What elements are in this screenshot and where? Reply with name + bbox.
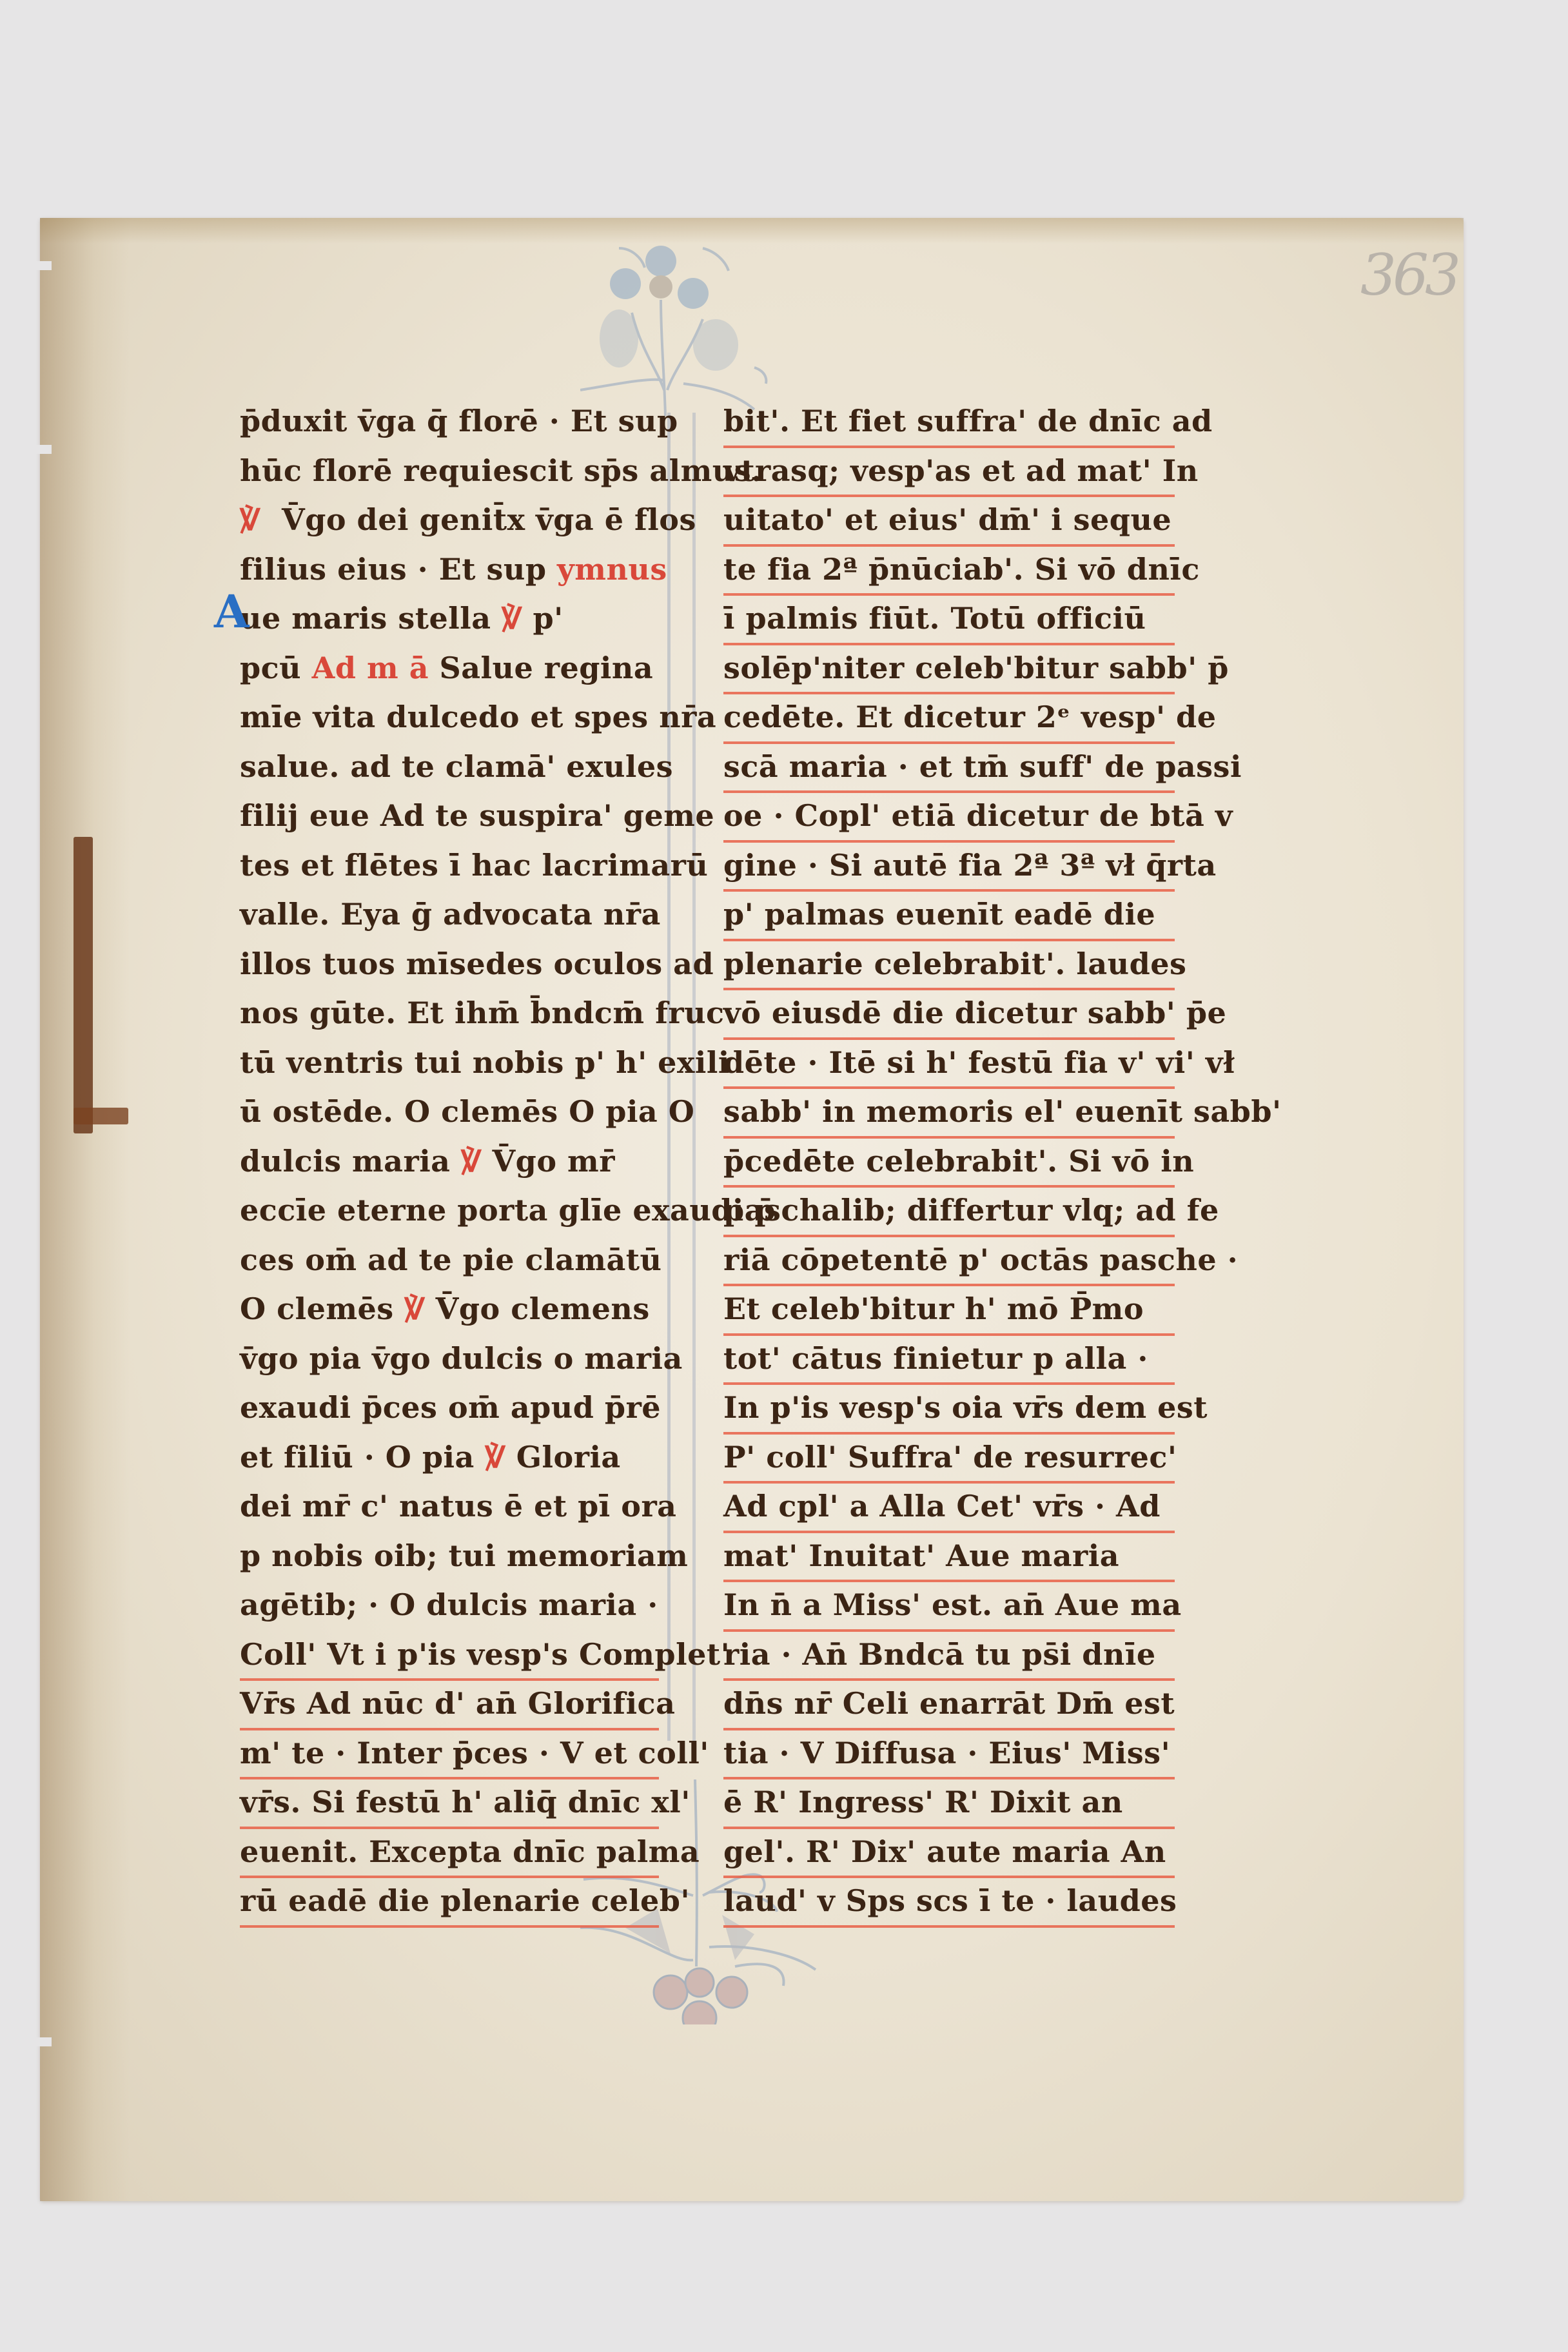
text-line: Aue maris stella ℣ p': [240, 596, 659, 645]
text-line: uitato' et eius' dm̄' i seque: [723, 497, 1175, 547]
text-line: hūc florē requiescit sp̄s almus.: [240, 448, 659, 498]
text-line: Et celeb'bitur h' mō P̄mo: [723, 1286, 1175, 1336]
text-line: tia · V Diffusa · Eius' Miss': [723, 1730, 1175, 1780]
text-line: tū ventris tui nobis p' h' exili: [240, 1040, 659, 1090]
text-line: filius eius · Et sup ymnus: [240, 547, 659, 596]
text-line: solēp'niter celeb'bitur sabb' p̄: [723, 645, 1175, 695]
text-line: mīe vita dulcedo et spes nr̄a: [240, 694, 659, 744]
edge-notch: [36, 445, 52, 454]
text-line: vō eiusdē die dicetur sabb' p̄e: [723, 990, 1175, 1040]
folio-number: 363: [1360, 242, 1457, 308]
text-line: mat' Inuitat' Aue maria: [723, 1533, 1175, 1583]
text-line: exaudi p̄ces om̄ apud p̄rē: [240, 1385, 659, 1435]
text-line: O clemēs ℣ V̄go clemens: [240, 1286, 659, 1336]
text-line: gine · Si autē fia 2ª 3ª vł q̄rta: [723, 843, 1175, 892]
text-line: sabb' in memoris el' euenīt sabb': [723, 1089, 1175, 1139]
blue-initial-a: A: [214, 589, 250, 634]
text-line: paschalib; differtur vlq; ad fe: [723, 1188, 1175, 1237]
text-line: nos gūte. Et ihm̄ b̄ndcm̄ fruc: [240, 990, 659, 1040]
text-line: ī palmis fiūt. Totū officiū: [723, 596, 1175, 645]
text-line: oe · Copl' etiā dicetur de btā v: [723, 793, 1175, 843]
text-line: scā maria · et tm̄ suff' de passi: [723, 744, 1175, 794]
rust-stain-horizontal: [73, 1108, 128, 1124]
text-line: euenit. Excepta dnīc palma: [240, 1829, 659, 1879]
text-line: vr̄s. Si festū h' aliq̄ dnīc xl': [240, 1779, 659, 1829]
rubric-versicle: ℣: [240, 502, 260, 537]
text-line: In n̄ a Miss' est. an̄ Aue ma: [723, 1582, 1175, 1632]
text-line: ℣ V̄go dei genit̄x v̄ga ē flos: [240, 497, 659, 547]
text-line: laud' v Sps scs ī te · laudes: [723, 1878, 1175, 1928]
text-line: In p'is vesp's oia vr̄s dem est: [723, 1385, 1175, 1435]
text-line: tes et flētes ī hac lacrimarū: [240, 843, 659, 892]
text-line: p nobis oib; tui memoriam: [240, 1533, 659, 1583]
text-line: tot' cātus finietur p alla ·: [723, 1336, 1175, 1386]
text-line: p' palmas euenīt eadē die: [723, 892, 1175, 941]
text-line: salue. ad te clamā' exules: [240, 744, 659, 794]
text-line: p̄duxit v̄ga q̄ florē · Et sup: [240, 398, 659, 448]
rust-stain: [73, 837, 93, 1133]
text-line: cedēte. Et dicetur 2ᵉ vesp' de: [723, 694, 1175, 744]
rubric-hymnus: ymnus: [557, 552, 667, 587]
text-line: ces om̄ ad te pie clamātū: [240, 1237, 659, 1287]
text-line: filij eue Ad te suspira' geme: [240, 793, 659, 843]
edge-notch: [36, 2037, 52, 2046]
text-line: ū ostēde. O clemēs O pia O: [240, 1089, 659, 1139]
text-line: riā cōpetentē p' octās pasche ·: [723, 1237, 1175, 1287]
text-line: bit'. Et fiet suffra' de dnīc ad: [723, 398, 1175, 448]
text-line: Ad cpl' a Alla Cet' vr̄s · Ad: [723, 1484, 1175, 1533]
text-line: agētib; · O dulcis maria ·: [240, 1582, 659, 1632]
text-line: dei mr̄ c' natus ē et pī ora: [240, 1484, 659, 1533]
text-line: p̄cedēte celebrabit'. Si vō in: [723, 1139, 1175, 1188]
text-line: dulcis maria ℣ V̄go mr̄: [240, 1139, 659, 1188]
text-line: valle. Eya ḡ advocata nr̄a: [240, 892, 659, 941]
text-line: et filiū · O pia ℣ Gloria: [240, 1435, 659, 1484]
text-line: te fia 2ª p̄nūciab'. Si vō dnīc: [723, 547, 1175, 596]
text-line: ria · An̄ Bndcā tu ps̄i dnīe: [723, 1632, 1175, 1681]
text-line: ē R' Ingress' R' Dixit an: [723, 1779, 1175, 1829]
text-line: gel'. R' Dix' aute maria An: [723, 1829, 1175, 1879]
right-text-column: bit'. Et fiet suffra' de dnīc ad vtrasq;…: [723, 398, 1175, 1928]
top-penwork-flourish-icon: [580, 222, 851, 416]
text-line: vtrasq; vesp'as et ad mat' In: [723, 448, 1175, 498]
edge-notch: [36, 261, 52, 270]
text-line: rū eadē die plenarie celeb': [240, 1878, 659, 1928]
text-line: illos tuos mīsedes oculos ad: [240, 941, 659, 991]
text-line: plenarie celebrabit'. laudes: [723, 941, 1175, 991]
text-line: Coll' Vt i p'is vesp's Complet': [240, 1632, 659, 1681]
text-line: m' te · Inter p̄ces · V et coll': [240, 1730, 659, 1780]
text-line: pcū Ad m ā Salue regina: [240, 645, 659, 695]
left-text-column: p̄duxit v̄ga q̄ florē · Et sup hūc florē…: [240, 398, 659, 1928]
text-line: eccīe eterne porta glīe exaudi p̄: [240, 1188, 659, 1237]
text-line: Vr̄s Ad nūc d' an̄ Glorifica: [240, 1681, 659, 1730]
text-line: v̄go pia v̄go dulcis o maria: [240, 1336, 659, 1386]
rubric-ad-magnificat: Ad m ā: [312, 651, 429, 685]
text-line: dēte · Itē si h' festū fia v' vi' vł: [723, 1040, 1175, 1090]
text-line: dn̄s nr̄ Celi enarrāt Dm̄ est: [723, 1681, 1175, 1730]
text-line: P' coll' Suffra' de resurrec': [723, 1435, 1175, 1484]
